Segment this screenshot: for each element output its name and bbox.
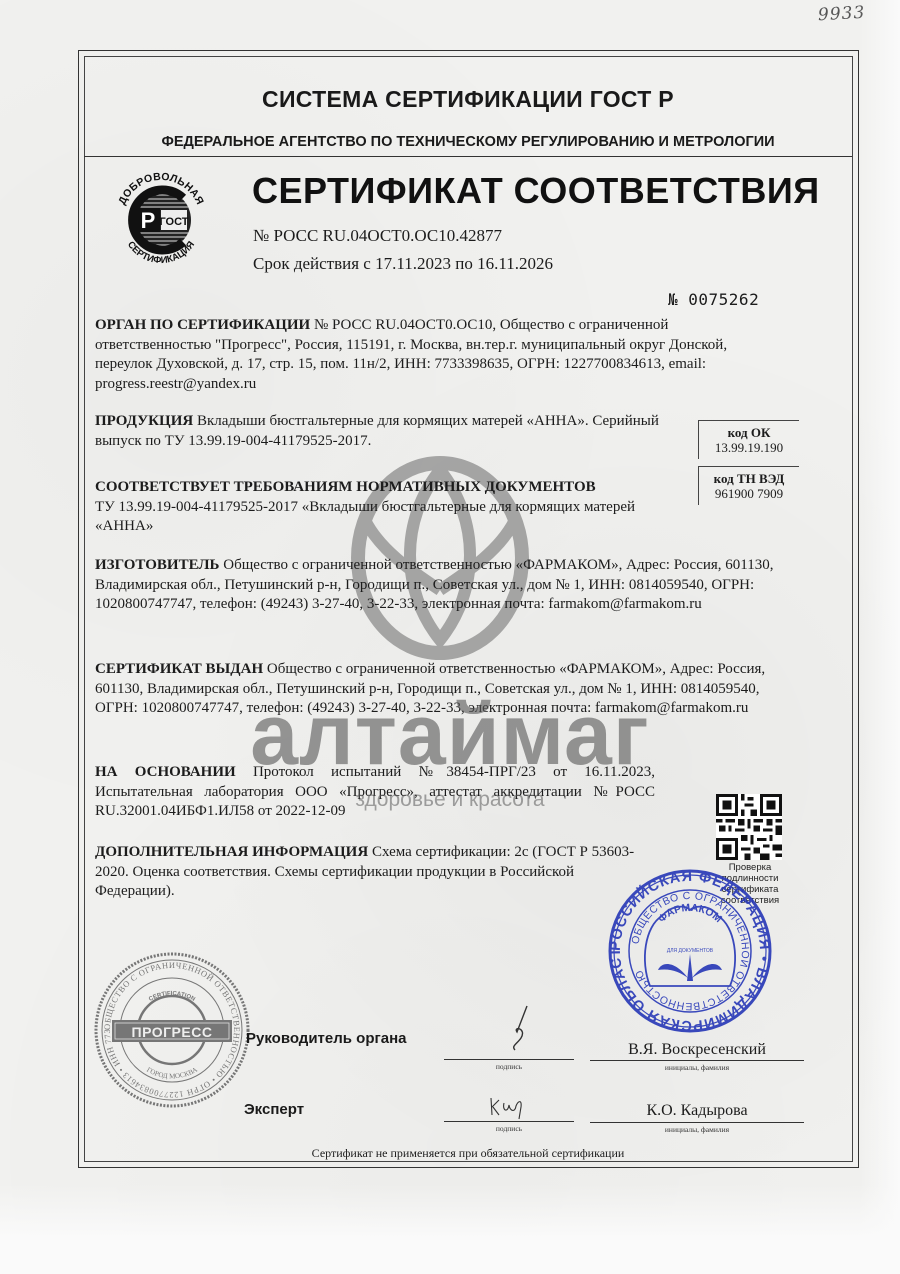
expert-name: К.О. Кадырова bbox=[590, 1102, 804, 1120]
system-title: СИСТЕМА СЕРТИФИКАЦИИ ГОСТ Р bbox=[84, 86, 852, 113]
section-label: ИЗГОТОВИТЕЛЬ bbox=[95, 557, 219, 573]
farmakom-seal-icon: РОССИЙСКАЯ ФЕДЕРАЦИЯ • ВЛАДИМИРСКАЯ ОБЛА… bbox=[600, 866, 780, 1036]
head-name-line bbox=[590, 1060, 804, 1061]
expert-name-line bbox=[590, 1122, 804, 1123]
code-tnved-label: код ТН ВЭД bbox=[699, 471, 799, 486]
code-ok-label: код ОК bbox=[699, 425, 799, 440]
certificate-validity: Срок действия с 17.11.2023 по 16.11.2026 bbox=[253, 254, 553, 274]
code-ok-box: код ОК 13.99.19.190 bbox=[698, 420, 799, 459]
head-of-body-label: Руководитель органа bbox=[246, 1030, 406, 1047]
handwritten-number: 9933 bbox=[818, 3, 866, 25]
head-name: В.Я. Воскресенский bbox=[590, 1041, 804, 1059]
section-label: НА ОСНОВАНИИ bbox=[95, 764, 236, 780]
code-tnved-value: 961900 7909 bbox=[699, 486, 799, 501]
section-text: ТУ 13.99.19-004-41179525-2017 «Вкладыши … bbox=[95, 498, 665, 537]
section-label: СООТВЕТСТВУЕТ ТРЕБОВАНИЯМ НОРМАТИВНЫХ ДО… bbox=[95, 478, 665, 498]
section-label: ПРОДУКЦИЯ bbox=[95, 413, 193, 429]
head-name-caption: инициалы, фамилия bbox=[590, 1063, 804, 1072]
section-basis: НА ОСНОВАНИИ Протокол испытаний №38454-П… bbox=[95, 763, 655, 822]
section-certification-body: ОРГАН ПО СЕРТИФИКАЦИИ № РОСС RU.04ОСТ0.О… bbox=[95, 316, 775, 394]
section-additional-info: ДОПОЛНИТЕЛЬНАЯ ИНФОРМАЦИЯ Схема сертифик… bbox=[95, 843, 640, 902]
expert-name-caption: инициалы, фамилия bbox=[590, 1125, 804, 1134]
farmakom-seal-subtitle: ДЛЯ ДОКУМЕНТОВ bbox=[667, 948, 714, 954]
footer-note: Сертификат не применяется при обязательн… bbox=[84, 1146, 852, 1161]
code-tnved-box: код ТН ВЭД 961900 7909 bbox=[698, 466, 799, 505]
certificate-number: № РОСС RU.04ОСТ0.ОС10.42877 bbox=[253, 226, 502, 246]
certificate-title: СЕРТИФИКАТ СООТВЕТСТВИЯ bbox=[252, 170, 820, 212]
agency-title: ФЕДЕРАЛЬНОЕ АГЕНТСТВО ПО ТЕХНИЧЕСКОМУ РЕ… bbox=[84, 134, 852, 150]
header-divider bbox=[84, 156, 852, 157]
head-signature-line bbox=[444, 1059, 574, 1060]
section-issued-to: СЕРТИФИКАТ ВЫДАН Общество с ограниченной… bbox=[95, 660, 805, 719]
scan-edge-bottom bbox=[0, 1184, 900, 1274]
expert-signature-caption: подпись bbox=[444, 1124, 574, 1133]
section-product: ПРОДУКЦИЯ Вкладыши бюстгальтерные для ко… bbox=[95, 412, 675, 451]
logo-mark-p: Р bbox=[141, 208, 156, 233]
blank-serial-number: № 0075262 bbox=[668, 290, 759, 309]
expert-signature-line bbox=[444, 1121, 574, 1122]
head-signature-caption: подпись bbox=[444, 1062, 574, 1071]
head-signature-icon bbox=[505, 1004, 535, 1054]
scan-edge-right bbox=[860, 0, 900, 1274]
qr-code-icon[interactable] bbox=[716, 794, 782, 860]
section-manufacturer: ИЗГОТОВИТЕЛЬ Общество с ограниченной отв… bbox=[95, 556, 815, 615]
section-label: ОРГАН ПО СЕРТИФИКАЦИИ bbox=[95, 317, 310, 333]
code-ok-value: 13.99.19.190 bbox=[699, 440, 799, 455]
logo-mark-gost: ГОСТ bbox=[159, 216, 188, 228]
gost-r-voluntary-certification-icon: ДОБРОВОЛЬНАЯ СЕРТИФИКАЦИЯ Р ГОСТ bbox=[110, 168, 212, 270]
section-label: СЕРТИФИКАТ ВЫДАН bbox=[95, 661, 263, 677]
expert-signature-icon bbox=[488, 1093, 530, 1121]
expert-label: Эксперт bbox=[244, 1101, 304, 1118]
section-normative-documents: СООТВЕТСТВУЕТ ТРЕБОВАНИЯМ НОРМАТИВНЫХ ДО… bbox=[95, 478, 665, 537]
progress-seal-title: ПРОГРЕСС bbox=[132, 1024, 213, 1040]
progress-seal-icon: ОБЩЕСТВО С ОГРАНИЧЕННОЙ ОТВЕТСТВЕННОСТЬЮ… bbox=[92, 950, 252, 1110]
section-label: ДОПОЛНИТЕЛЬНАЯ ИНФОРМАЦИЯ bbox=[95, 844, 368, 860]
